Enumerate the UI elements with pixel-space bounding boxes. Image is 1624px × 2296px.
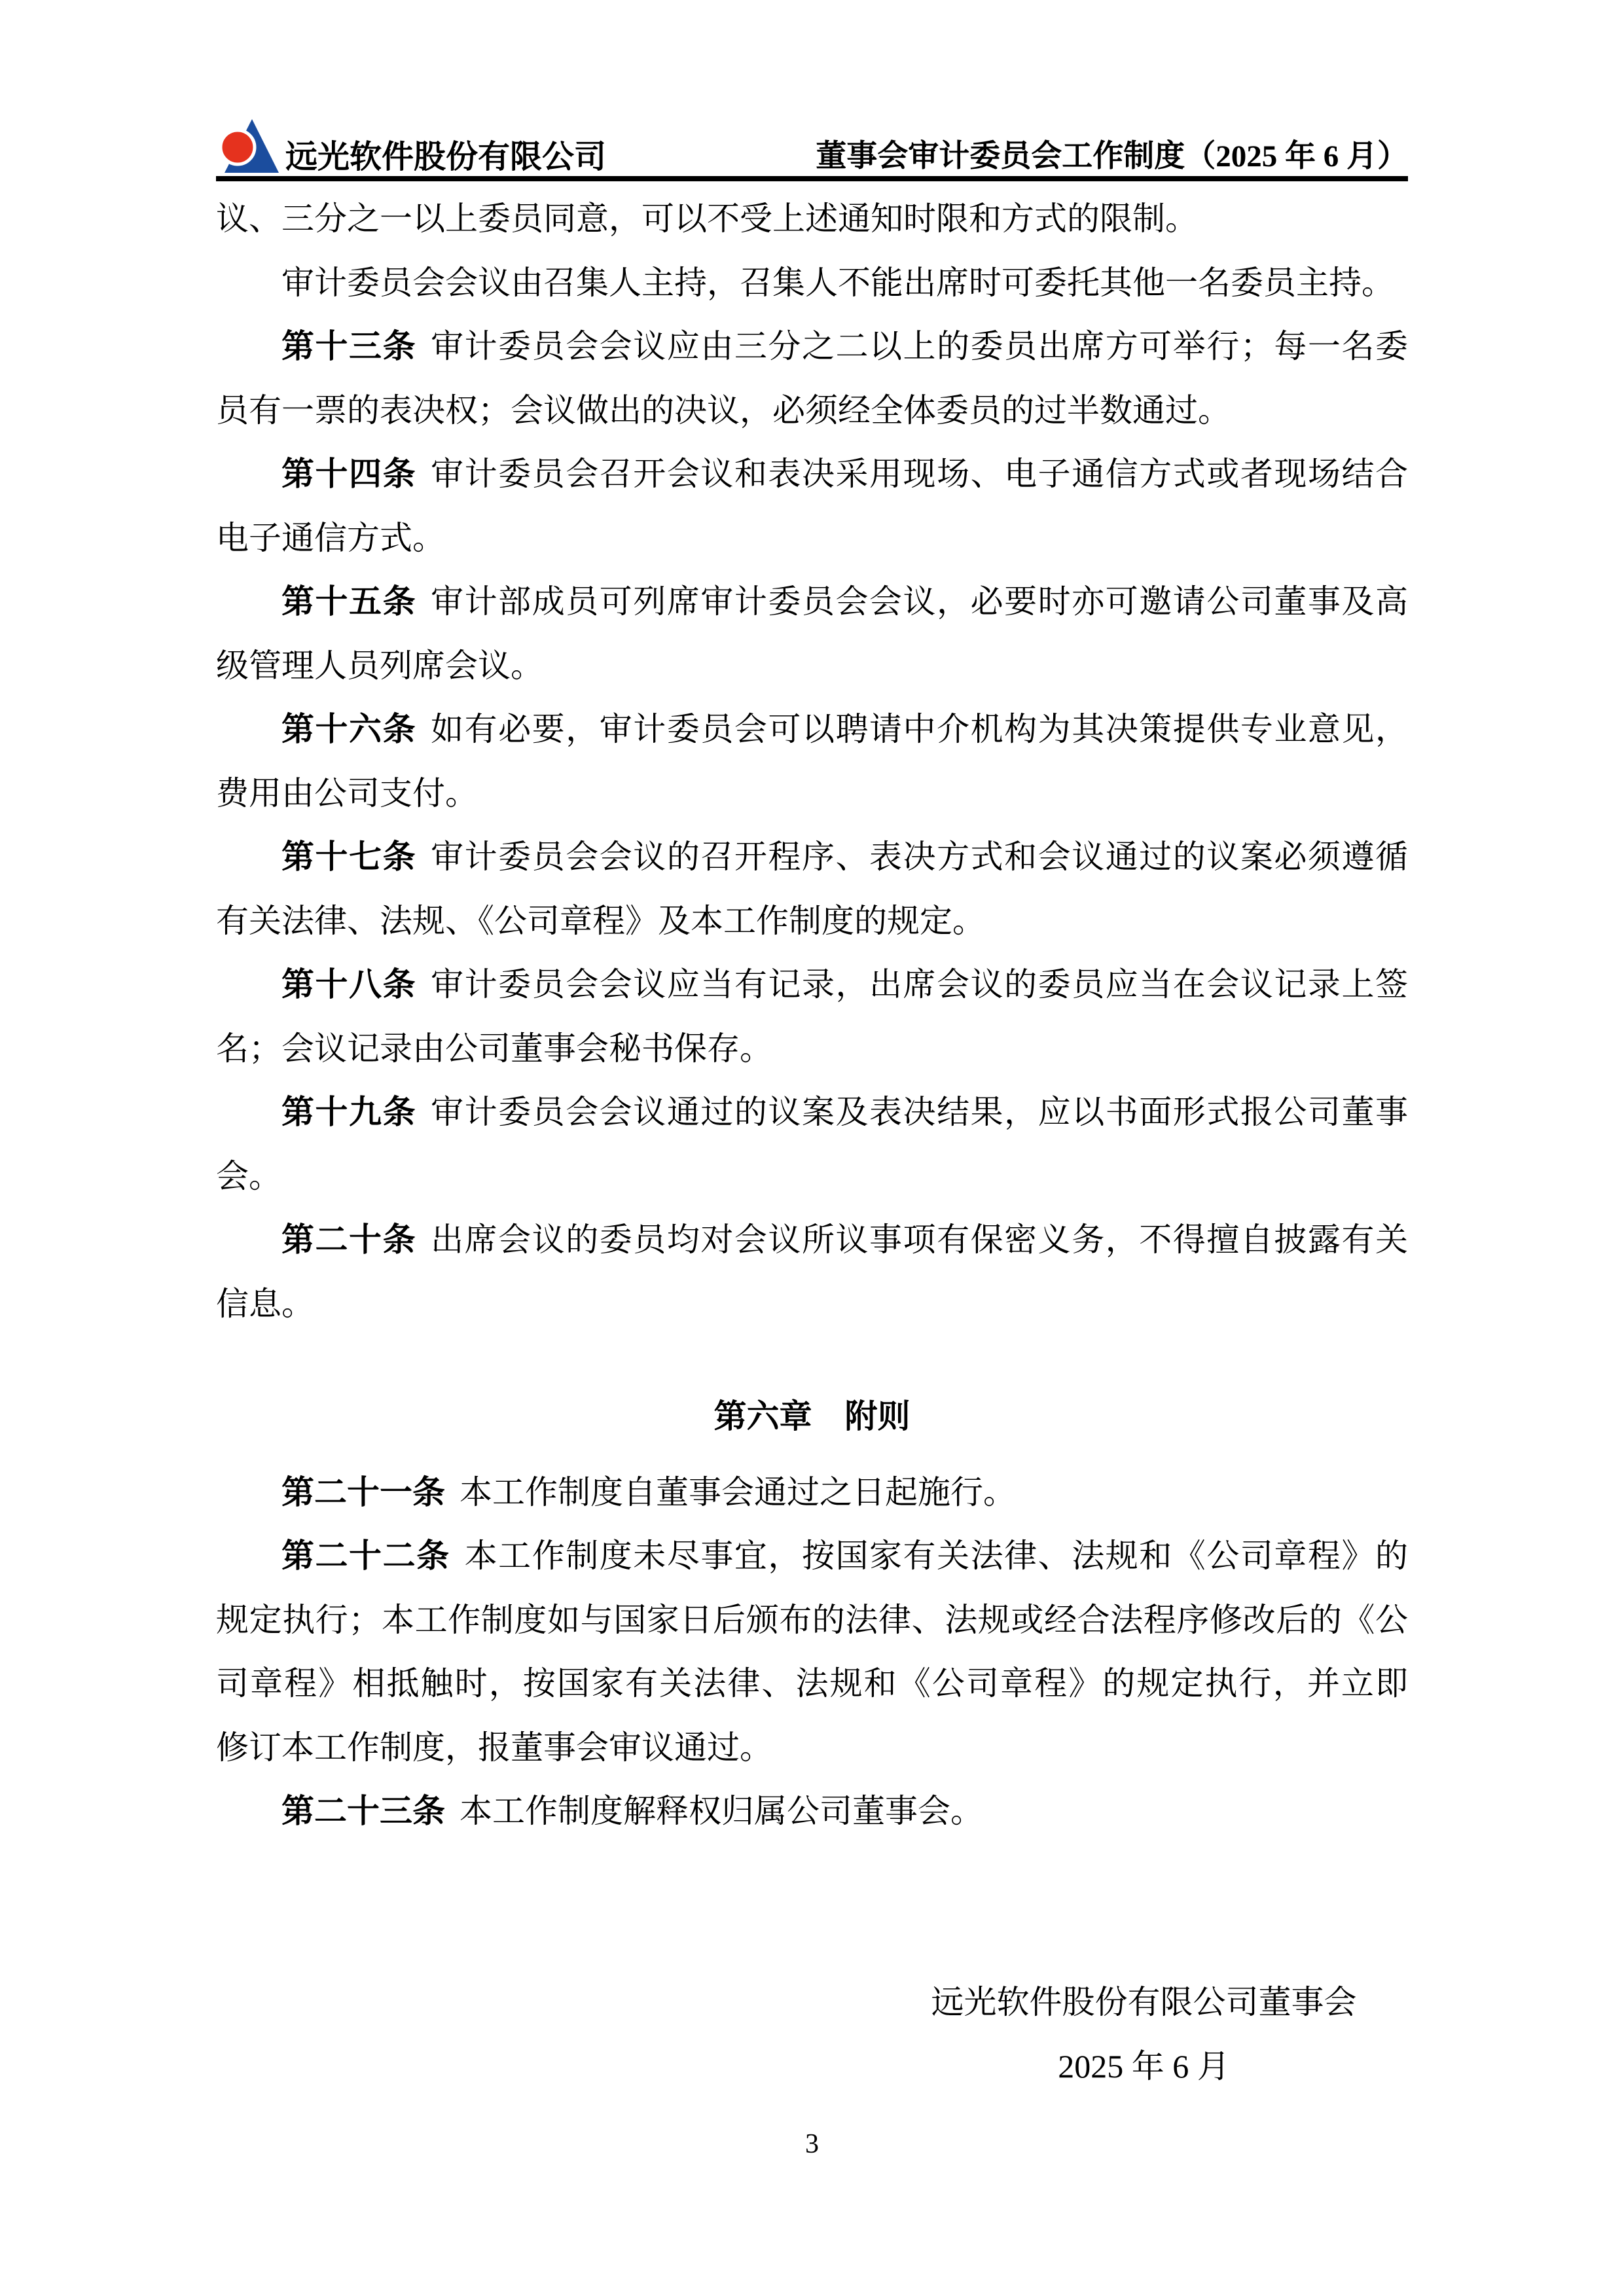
- clause-text: 费用由公司支付。: [216, 775, 478, 812]
- clause-text: 审计委员会会议应由三分之二以上的委员出席方可举行；每一名委: [431, 328, 1408, 365]
- closing-block: 远光软件股份有限公司董事会 2025 年 6 月: [882, 1971, 1406, 2098]
- body-line: 第十八条审计委员会会议应当有记录，出席会议的委员应当在会议记录上签: [216, 953, 1408, 1017]
- clause-number: 第十三条: [281, 328, 416, 365]
- body-line: 名；会议记录由公司董事会秘书保存。: [216, 1017, 1408, 1081]
- logo-circle: [221, 130, 255, 164]
- document-title: 董事会审计委员会工作制度（2025 年 6 月）: [816, 141, 1408, 176]
- clause-text: 审计委员会会议的召开程序、表决方式和会议通过的议案必须遵循: [431, 838, 1408, 875]
- clause-text: 议、三分之一以上委员同意，可以不受上述通知时限和方式的限制。: [216, 200, 1198, 237]
- clause-text: 本工作制度未尽事宜，按国家有关法律、法规和《公司章程》的: [465, 1537, 1408, 1574]
- clause-text: 本工作制度解释权归属公司董事会。: [460, 1793, 983, 1829]
- body-line: 第十四条审计委员会召开会议和表决采用现场、电子通信方式或者现场结合: [216, 442, 1408, 507]
- body-line: 审计委员会会议由召集人主持，召集人不能出席时可委托其他一名委员主持。: [216, 251, 1408, 315]
- page-number: 3: [0, 2128, 1624, 2160]
- page-header: 远光软件股份有限公司 董事会审计委员会工作制度（2025 年 6 月）: [216, 98, 1408, 181]
- body-line: 第十三条审计委员会会议应由三分之二以上的委员出席方可举行；每一名委: [216, 315, 1408, 379]
- body-line: 第十六条如有必要，审计委员会可以聘请中介机构为其决策提供专业意见，: [216, 698, 1408, 762]
- body-line: 第二十一条本工作制度自董事会通过之日起施行。: [216, 1461, 1408, 1525]
- clause-text: 审计委员会会议由召集人主持，召集人不能出席时可委托其他一名委员主持。: [281, 264, 1394, 301]
- clause-text: 会。: [216, 1158, 281, 1194]
- company-name: 远光软件股份有限公司: [285, 141, 606, 176]
- clause-text: 修订本工作制度，报董事会审议通过。: [216, 1729, 772, 1766]
- body-line: 电子通信方式。: [216, 507, 1408, 571]
- body-line: 司章程》相抵触时，按国家有关法律、法规和《公司章程》的规定执行，并立即: [216, 1652, 1408, 1716]
- clause-number: 第二十条: [281, 1221, 416, 1258]
- signature-date: 2025 年 6 月: [882, 2035, 1406, 2099]
- clause-text: 本工作制度自董事会通过之日起施行。: [460, 1474, 1016, 1511]
- clause-text: 审计委员会会议应当有记录，出席会议的委员应当在会议记录上签: [431, 966, 1408, 1003]
- body-line: 级管理人员列席会议。: [216, 634, 1408, 698]
- chapter-heading: 第六章 附则: [216, 1385, 1408, 1449]
- signature-org: 远光软件股份有限公司董事会: [882, 1971, 1406, 2035]
- clause-number: 第二十一条: [281, 1474, 445, 1511]
- body-line: 第二十三条本工作制度解释权归属公司董事会。: [216, 1780, 1408, 1844]
- clause-text: 员有一票的表决权；会议做出的决议，必须经全体委员的过半数通过。: [216, 392, 1231, 429]
- body-line: 会。: [216, 1145, 1408, 1209]
- clause-text: 出席会议的委员均对会议所议事项有保密义务，不得擅自披露有关: [431, 1221, 1408, 1258]
- document-page: 远光软件股份有限公司 董事会审计委员会工作制度（2025 年 6 月） 议、三分…: [0, 0, 1624, 2296]
- body-line: 第十九条审计委员会会议通过的议案及表决结果，应以书面形式报公司董事: [216, 1081, 1408, 1145]
- clause-text: 信息。: [216, 1285, 314, 1322]
- clause-text: 司章程》相抵触时，按国家有关法律、法规和《公司章程》的规定执行，并立即: [216, 1665, 1408, 1702]
- clause-text: 规定执行；本工作制度如与国家日后颁布的法律、法规或经合法程序修改后的《公: [216, 1602, 1408, 1638]
- body-line: 员有一票的表决权；会议做出的决议，必须经全体委员的过半数通过。: [216, 379, 1408, 443]
- clause-text: 如有必要，审计委员会可以聘请中介机构为其决策提供专业意见，: [431, 711, 1408, 747]
- document-body: 议、三分之一以上委员同意，可以不受上述通知时限和方式的限制。 审计委员会会议由召…: [216, 187, 1408, 1844]
- clause-number: 第十四条: [281, 456, 416, 492]
- header-left: 远光软件股份有限公司: [216, 114, 606, 176]
- body-line: 第二十条出席会议的委员均对会议所议事项有保密义务，不得擅自披露有关: [216, 1208, 1408, 1272]
- clause-text: 级管理人员列席会议。: [216, 647, 543, 684]
- body-line: 第十五条审计部成员可列席审计委员会会议，必要时亦可邀请公司董事及高: [216, 570, 1408, 634]
- body-line: 有关法律、法规、《公司章程》及本工作制度的规定。: [216, 889, 1408, 954]
- clause-text: 审计委员会召开会议和表决采用现场、电子通信方式或者现场结合: [431, 456, 1408, 492]
- clause-number: 第二十二条: [281, 1537, 450, 1574]
- body-line: 规定执行；本工作制度如与国家日后颁布的法律、法规或经合法程序修改后的《公: [216, 1588, 1408, 1653]
- body-line: 议、三分之一以上委员同意，可以不受上述通知时限和方式的限制。: [216, 187, 1408, 251]
- company-logo-icon: [216, 114, 283, 176]
- clause-text: 有关法律、法规、《公司章程》及本工作制度的规定。: [216, 903, 985, 939]
- clause-text: 审计部成员可列席审计委员会会议，必要时亦可邀请公司董事及高: [431, 583, 1408, 620]
- body-line: 修订本工作制度，报董事会审议通过。: [216, 1716, 1408, 1780]
- body-line: 费用由公司支付。: [216, 762, 1408, 826]
- body-line: 第十七条审计委员会会议的召开程序、表决方式和会议通过的议案必须遵循: [216, 825, 1408, 889]
- body-line: 第二十二条本工作制度未尽事宜，按国家有关法律、法规和《公司章程》的: [216, 1524, 1408, 1588]
- clause-number: 第十九条: [281, 1094, 416, 1130]
- clause-text: 电子通信方式。: [216, 520, 445, 556]
- clause-number: 第十八条: [281, 966, 416, 1003]
- clause-text: 名；会议记录由公司董事会秘书保存。: [216, 1030, 772, 1067]
- body-line: 信息。: [216, 1272, 1408, 1336]
- clause-number: 第十五条: [281, 583, 416, 620]
- clause-text: 审计委员会会议通过的议案及表决结果，应以书面形式报公司董事: [431, 1094, 1408, 1130]
- clause-number: 第二十三条: [281, 1793, 445, 1829]
- clause-number: 第十六条: [281, 711, 416, 747]
- clause-number: 第十七条: [281, 838, 416, 875]
